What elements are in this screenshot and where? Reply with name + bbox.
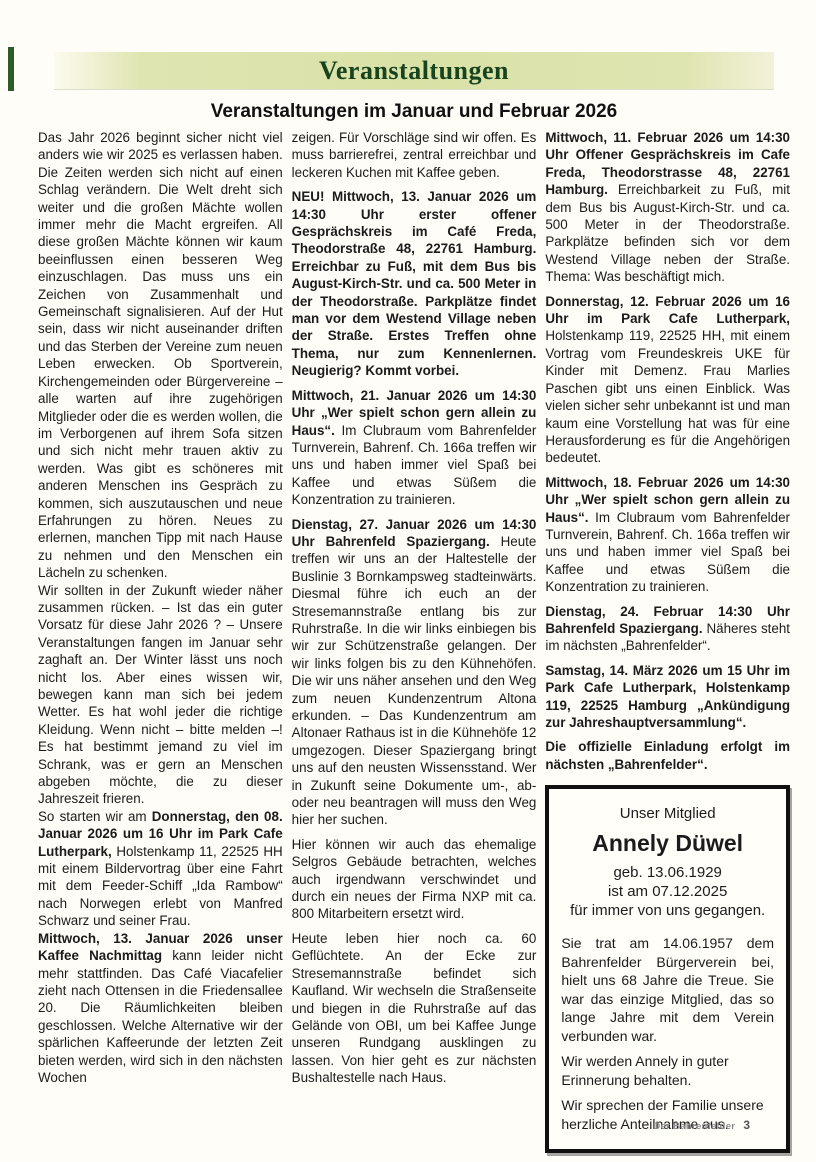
paragraph: Dienstag, 27. Januar 2026 um 14:30 Uhr B… [292,516,537,829]
paragraph: Mittwoch, 13. Januar 2026 unser Kaffee N… [38,930,283,1087]
newsletter-page: Veranstaltungen Veranstaltungen im Janua… [0,0,816,1162]
obituary-box: Unser Mitglied Annely Düwel geb. 13.06.1… [545,785,790,1153]
obituary-born: geb. 13.06.1929 [561,863,774,882]
section-banner-title: Veranstaltungen [319,56,509,86]
paragraph: Heute leben hier noch ca. 60 Geflüchtete… [292,930,537,1087]
paragraph: Das Jahr 2026 beginnt sicher nicht viel … [38,129,283,582]
paragraph: Dienstag, 24. Februar 14:30 Uhr Bahrenfe… [545,603,790,655]
paragraph: Samstag, 14. März 2026 um 15 Uhr im Park… [545,662,790,732]
obituary-intro: Unser Mitglied [561,805,774,822]
column-3: Mittwoch, 11. Februar 2026 um 14:30 Uhr … [545,129,790,1153]
paragraph: So starten wir am Donnerstag, den 08. Ja… [38,808,283,930]
page-number: 3 [743,1118,750,1132]
obituary-died: ist am 07.12.2025 [561,882,774,901]
page-edge-green-mark [8,47,14,91]
paragraph: Mittwoch, 21. Januar 2026 um 14:30 Uhr „… [292,387,537,509]
paragraph: Donnerstag, 12. Februar 2026 um 16 Uhr i… [545,293,790,467]
page-footer: Der Bahrenfelder 3 [653,1118,750,1132]
article-body: Das Jahr 2026 beginnt sicher nicht viel … [38,129,790,1153]
obituary-remembrance-text: Wir werden Annely in guter Erinnerung be… [561,1052,774,1089]
paragraph: Mittwoch, 18. Februar 2026 um 14:30 Uhr … [545,474,790,596]
paragraph: Wir sollten in der Zukunft wieder näher … [38,582,283,808]
obituary-name: Annely Düwel [561,830,774,857]
paragraph: NEU! Mittwoch, 13. Januar 2026 um 14:30 … [292,188,537,379]
article-title: Veranstaltungen im Januar und Februar 20… [38,101,790,123]
obituary-body-text: Sie trat am 14.06.1957 dem Bahrenfelder … [561,934,774,1045]
paragraph: Die offizielle Einladung erfolgt im näch… [545,738,790,773]
paragraph: zeigen. Für Vorschläge sind wir offen. E… [292,129,537,181]
magazine-name: Der Bahrenfelder [653,1121,735,1132]
section-banner: Veranstaltungen [54,52,774,89]
column-1: Das Jahr 2026 beginnt sicher nicht viel … [38,129,283,1153]
column-2: zeigen. Für Vorschläge sind wir offen. E… [292,129,537,1153]
obituary-passed: für immer von uns gegangen. [561,901,774,920]
paragraph: Hier können wir auch das ehemalige Selgr… [292,836,537,923]
paragraph: Mittwoch, 11. Februar 2026 um 14:30 Uhr … [545,129,790,286]
